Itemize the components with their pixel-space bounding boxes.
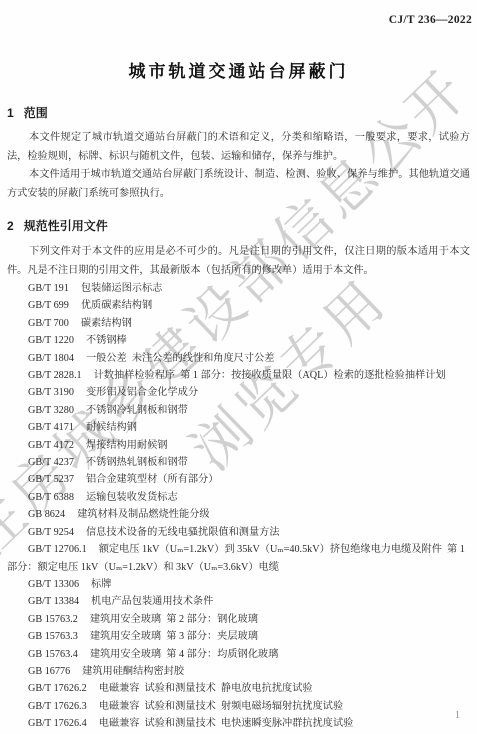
paragraph: 下列文件对于本文件的应用是必不可少的。凡是注日期的引用文件，仅注日期的版本适用于…	[7, 243, 470, 280]
reference-title: 电磁兼容 试验和测量技术 电快速瞬变脉冲群抗扰度试验	[99, 718, 354, 729]
reference-item: GB/T 4172焊接结构用耐候钢	[7, 437, 470, 454]
reference-item: GB/T 6388运输包装收发货标志	[7, 489, 470, 506]
reference-code: GB/T 2828.1	[28, 370, 82, 381]
page-number: 1	[455, 710, 460, 721]
reference-item: GB/T 700碳素结构钢	[7, 315, 470, 332]
reference-title: 碳素结构钢	[81, 318, 132, 329]
reference-title: 运输包装收发货标志	[86, 492, 178, 503]
reference-code: GB/T 700	[28, 318, 69, 329]
reference-title: 计数抽样检验程序 第 1 部分：按接收质量限（AQL）检索的逐批检验抽样计划	[94, 370, 446, 381]
reference-code: GB/T 3190	[28, 387, 74, 398]
reference-code: GB/T 1220	[28, 335, 74, 346]
paragraph: 本文件规定了城市轨道交通站台屏蔽门的术语和定义，分类和缩略语，一般要求，要求，试…	[7, 129, 470, 166]
reference-title: 不锈钢冷轧钢板和钢带	[86, 405, 188, 416]
reference-code: GB/T 699	[28, 300, 69, 311]
reference-code: GB/T 13384	[28, 596, 79, 607]
reference-item: GB 8624建筑材料及制品燃烧性能分级	[7, 506, 470, 523]
reference-item: GB/T 17626.4电磁兼容 试验和测量技术 电快速瞬变脉冲群抗扰度试验	[7, 715, 470, 732]
reference-item: GB/T 3190变形铝及铝合金化学成分	[7, 384, 470, 401]
reference-title: 建筑用硅酮结构密封胶	[82, 666, 184, 677]
section-1-heading: 1范围	[7, 104, 48, 121]
reference-code: GB 15763.4	[28, 649, 78, 660]
section-2-intro: 下列文件对于本文件的应用是必不可少的。凡是注日期的引用文件，仅注日期的版本适用于…	[7, 243, 470, 280]
reference-item: GB/T 17626.3电磁兼容 试验和测量技术 射频电磁场辐射抗扰度试验	[7, 698, 470, 715]
section-2-heading: 2规范性引用文件	[7, 217, 108, 234]
reference-code: GB 15763.3	[28, 631, 78, 642]
reference-title: 铝合金建筑型材（所有部分）	[86, 474, 218, 485]
reference-title: 建筑用安全玻璃 第 4 部分：均质钢化玻璃	[90, 649, 278, 660]
reference-item: GB/T 17626.2电磁兼容 试验和测量技术 静电放电抗扰度试验	[7, 680, 470, 697]
reference-title: 不锈钢棒	[86, 335, 127, 346]
section-1-title: 范围	[24, 106, 48, 120]
paragraph: 本文件适用于城市轨道交通站台屏蔽门系统设计、制造、检测、验收、保养与维护。其他轨…	[7, 166, 470, 203]
reference-title: 建筑用安全玻璃 第 2 部分：钢化玻璃	[90, 614, 258, 625]
document-page: 住房城乡建设部信息公开 浏览专用 CJ/T 236—2022 城市轨道交通站台屏…	[0, 0, 477, 734]
reference-item: GB 15763.2建筑用安全玻璃 第 2 部分：钢化玻璃	[7, 611, 470, 628]
reference-item: GB/T 191包装储运图示标志	[7, 280, 470, 297]
reference-item: GB/T 3280不锈钢冷轧钢板和钢带	[7, 402, 470, 419]
reference-title: 耐候结构钢	[86, 422, 137, 433]
reference-code: GB 15763.2	[28, 614, 78, 625]
reference-item: GB 16776建筑用硅酮结构密封胶	[7, 663, 470, 680]
section-2-title: 规范性引用文件	[24, 219, 108, 233]
reference-title: 电磁兼容 试验和测量技术 射频电磁场辐射抗扰度试验	[99, 701, 344, 712]
reference-title: 标牌	[91, 579, 111, 590]
reference-item: GB/T 12706.1额定电压 1kV（Uₘ=1.2kV）到 35kV（Uₘ=…	[7, 541, 470, 576]
reference-item: GB/T 13306标牌	[7, 576, 470, 593]
section-2-number: 2	[7, 219, 14, 233]
document-title: 城市轨道交通站台屏蔽门	[0, 57, 477, 82]
standard-number: CJ/T 236—2022	[389, 14, 472, 26]
reference-code: GB/T 4172	[28, 440, 74, 451]
reference-code: GB/T 5237	[28, 474, 74, 485]
reference-title: 包装储运图示标志	[81, 283, 163, 294]
reference-title: 不锈钢热轧钢板和钢带	[86, 457, 188, 468]
reference-title: 一般公差 未注公差的线性和角度尺寸公差	[86, 353, 274, 364]
reference-item: GB 15763.4建筑用安全玻璃 第 4 部分：均质钢化玻璃	[7, 646, 470, 663]
reference-item: GB/T 13384机电产品包装通用技术条件	[7, 593, 470, 610]
reference-code: GB/T 191	[28, 283, 69, 294]
reference-code: GB 16776	[28, 666, 70, 677]
reference-title: 信息技术设备的无线电骚扰限值和测量方法	[86, 527, 280, 538]
reference-item: GB/T 4171耐候结构钢	[7, 419, 470, 436]
reference-item: GB/T 1220不锈钢棒	[7, 332, 470, 349]
reference-code: GB/T 12706.1	[28, 544, 87, 555]
reference-code: GB/T 4237	[28, 457, 74, 468]
reference-code: GB/T 17626.4	[28, 718, 87, 729]
reference-item: GB 15763.3建筑用安全玻璃 第 3 部分：夹层玻璃	[7, 628, 470, 645]
reference-code: GB/T 9254	[28, 527, 74, 538]
reference-code: GB/T 13306	[28, 579, 79, 590]
reference-code: GB/T 4171	[28, 422, 74, 433]
reference-title: 建筑用安全玻璃 第 3 部分：夹层玻璃	[90, 631, 258, 642]
reference-code: GB/T 3280	[28, 405, 74, 416]
reference-title: 机电产品包装通用技术条件	[91, 596, 213, 607]
reference-item: GB/T 2828.1计数抽样检验程序 第 1 部分：按接收质量限（AQL）检索…	[7, 367, 470, 384]
reference-item: GB/T 9254信息技术设备的无线电骚扰限值和测量方法	[7, 524, 470, 541]
reference-list: GB/T 191包装储运图示标志GB/T 699优质碳素结构钢GB/T 700碳…	[7, 280, 470, 733]
reference-item: GB/T 1804一般公差 未注公差的线性和角度尺寸公差	[7, 350, 470, 367]
reference-title: 焊接结构用耐候钢	[86, 440, 168, 451]
reference-item: GB/T 4237不锈钢热轧钢板和钢带	[7, 454, 470, 471]
reference-code: GB 8624	[28, 509, 65, 520]
reference-code: GB/T 1804	[28, 353, 74, 364]
reference-code: GB/T 17626.3	[28, 701, 87, 712]
reference-title: 电磁兼容 试验和测量技术 静电放电抗扰度试验	[99, 683, 313, 694]
section-1-number: 1	[7, 106, 14, 120]
reference-code: GB/T 6388	[28, 492, 74, 503]
reference-code: GB/T 17626.2	[28, 683, 87, 694]
reference-title: 建筑材料及制品燃烧性能分级	[77, 509, 209, 520]
reference-item: GB/T 5237铝合金建筑型材（所有部分）	[7, 471, 470, 488]
reference-title: 优质碳素结构钢	[81, 300, 152, 311]
reference-item: GB/T 699优质碳素结构钢	[7, 297, 470, 314]
reference-title: 变形铝及铝合金化学成分	[86, 387, 198, 398]
section-1-paragraphs: 本文件规定了城市轨道交通站台屏蔽门的术语和定义，分类和缩略语，一般要求，要求，试…	[7, 129, 470, 203]
